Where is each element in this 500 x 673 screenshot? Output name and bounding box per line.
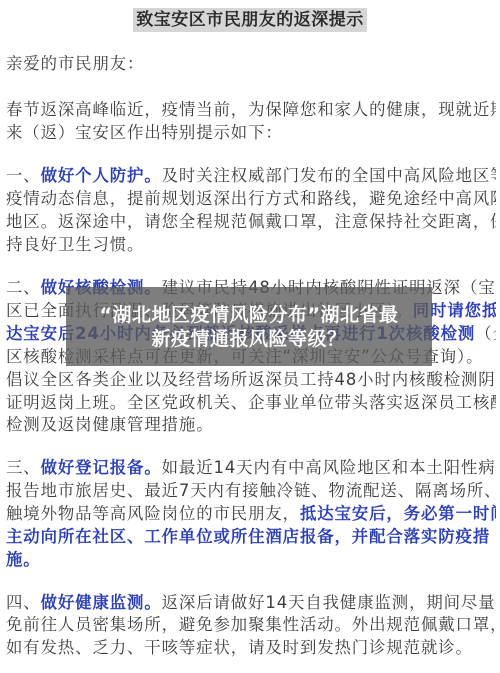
section-4-prefix: 四、 (6, 593, 41, 612)
section-3-line-4-emphasis: 主动向所在社区、工作单位或所住酒店报备，并配合落实防疫措 (6, 527, 490, 546)
section-4-line-2: 免前往人员密集场所，避免参加聚集性活动。外出规范佩戴口罩， (6, 614, 496, 636)
section-3-line-3: 触境外物品等高风险岗位的市民朋友，抵达宝安后，务必第一时间 (6, 503, 496, 525)
section-1-prefix: 一、 (6, 166, 41, 185)
section-3-line-3-text: 触境外物品等高风险岗位的市民朋友， (6, 504, 300, 523)
section-2-line-5: 倡议全区各类企业以及经营场所返深员工持48小时内核酸检测阴性 (6, 369, 496, 391)
section-2-line-7: 检测及返岗健康管理措施。 (6, 414, 496, 436)
section-1-line-2: 疫情动态信息，提前规划返深出行方式和路线，避免途经中高风险 (6, 188, 496, 210)
section-3-text: 如最近14天内有中高风险地区和本土阳性病例 (162, 458, 496, 477)
section-3-prefix: 三、 (6, 458, 41, 477)
section-1-line-3: 地区。返深途中，请您全程规范佩戴口罩，注意保持社交距离，保 (6, 211, 496, 233)
section-3-line-1: 三、做好登记报备。如最近14天内有中高风险地区和本土阳性病例 (6, 457, 496, 479)
section-2-prefix: 二、 (6, 278, 41, 297)
caption-overlay: “湖北地区疫情风险分布”湖北省最 新疫情通报风险等级？ (66, 287, 432, 366)
section-4-heading: 做好健康监测。 (41, 593, 162, 612)
section-4-text: 返深后请做好14天自我健康监测，期间尽量避 (162, 593, 496, 612)
section-1-heading: 做好个人防护。 (41, 166, 162, 185)
section-3-line-5-emphasis: 施。 (6, 550, 41, 569)
section-4-line-1: 四、做好健康监测。返深后请做好14天自我健康监测，期间尽量避 (6, 592, 496, 614)
section-3-line-2: 报告地市旅居史、最近7天内有接触冷链、物流配送、隔离场所、接 (6, 480, 496, 502)
section-3-line-3-emphasis: 抵达宝安后，务必第一时间 (300, 504, 496, 523)
intro-line-2: 来（返）宝安区作出特别提示如下： (6, 122, 496, 144)
title-container: 致宝安区市民朋友的返深提示 (0, 8, 500, 32)
section-1-text: 及时关注权威部门发布的全国中高风险地区等 (162, 166, 496, 185)
section-4-line-3: 如有发热、乏力、干咳等症状，请及时到发热门诊规范就诊。 (6, 637, 496, 659)
caption-line-2: 新疫情通报风险等级？ (151, 327, 346, 351)
caption-line-1: “湖北地区疫情风险分布”湖北省最 (100, 303, 399, 327)
section-2-line-6: 证明返岗上班。全区党政机关、企事业单位带头落实返深员工核酸 (6, 392, 496, 414)
section-3-line-5: 施。 (6, 549, 496, 571)
section-1-line-4: 持良好卫生习惯。 (6, 234, 496, 256)
greeting: 亲爱的市民朋友： (6, 53, 496, 75)
document-title: 致宝安区市民朋友的返深提示 (133, 8, 367, 32)
intro-line-1: 春节返深高峰临近，疫情当前，为保障您和家人的健康，现就近期 (6, 99, 496, 121)
section-2-line-3-text: （全 (475, 324, 496, 343)
section-3-line-4: 主动向所在社区、工作单位或所住酒店报备，并配合落实防疫措 (6, 526, 496, 548)
section-1-line-1: 一、做好个人防护。及时关注权威部门发布的全国中高风险地区等 (6, 165, 496, 187)
section-3-heading: 做好登记报备。 (41, 458, 162, 477)
